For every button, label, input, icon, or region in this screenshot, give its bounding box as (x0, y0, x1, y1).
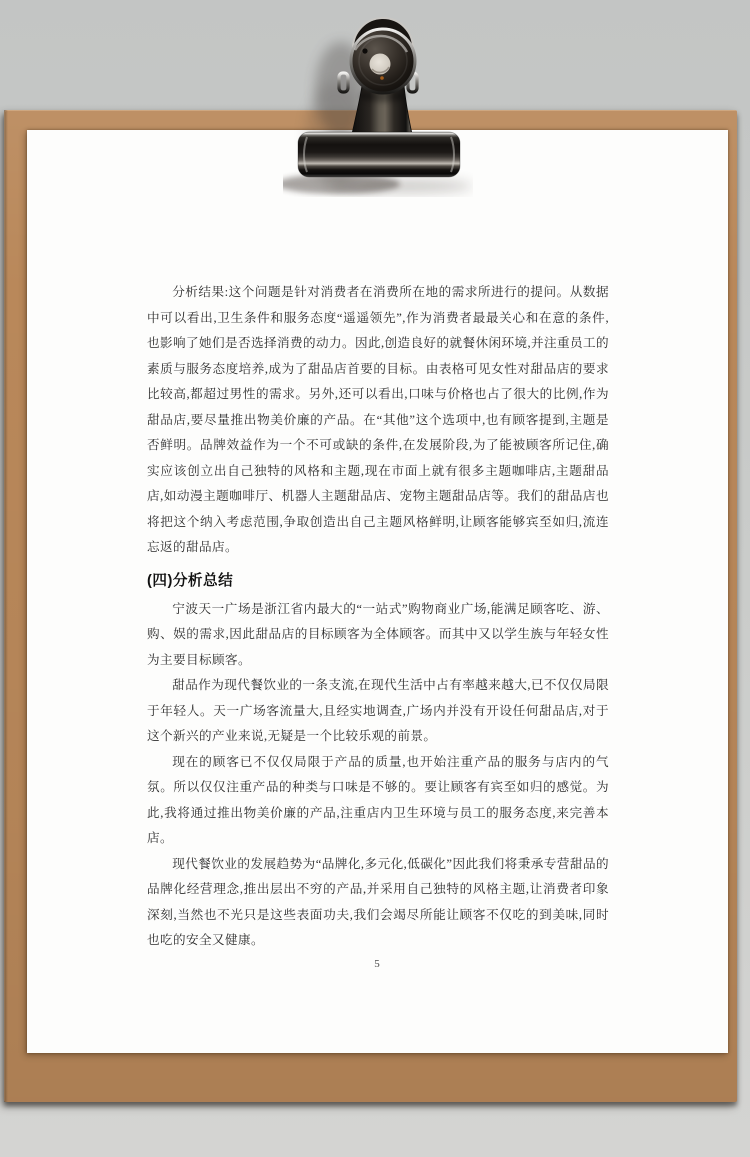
section-heading: (四)分析总结 (147, 568, 609, 594)
page-number: 5 (27, 958, 728, 970)
binder-clip-icon (283, 12, 473, 197)
body-paragraph: 宁波天一广场是浙江省内最大的“一站式”购物商业广场,能满足顾客吃、游、购、娱的需… (147, 597, 609, 674)
background-wall: 分析结果:这个问题是针对消费者在消费所在地的需求所进行的提问。从数据中可以看出,… (0, 0, 750, 1157)
paper-page: 分析结果:这个问题是针对消费者在消费所在地的需求所进行的提问。从数据中可以看出,… (27, 130, 728, 1053)
body-paragraph: 现在的顾客已不仅仅局限于产品的质量,也开始注重产品的服务与店内的气氛。所以仅仅注… (147, 750, 609, 852)
body-paragraph: 甜品作为现代餐饮业的一条支流,在现代生活中占有率越来越大,已不仅仅局限于年轻人。… (147, 673, 609, 750)
body-paragraph: 分析结果:这个问题是针对消费者在消费所在地的需求所进行的提问。从数据中可以看出,… (147, 280, 609, 561)
document-content: 分析结果:这个问题是针对消费者在消费所在地的需求所进行的提问。从数据中可以看出,… (147, 280, 609, 954)
body-paragraph: 现代餐饮业的发展趋势为“品牌化,多元化,低碳化”因此我们将秉承专营甜品的品牌化经… (147, 852, 609, 954)
